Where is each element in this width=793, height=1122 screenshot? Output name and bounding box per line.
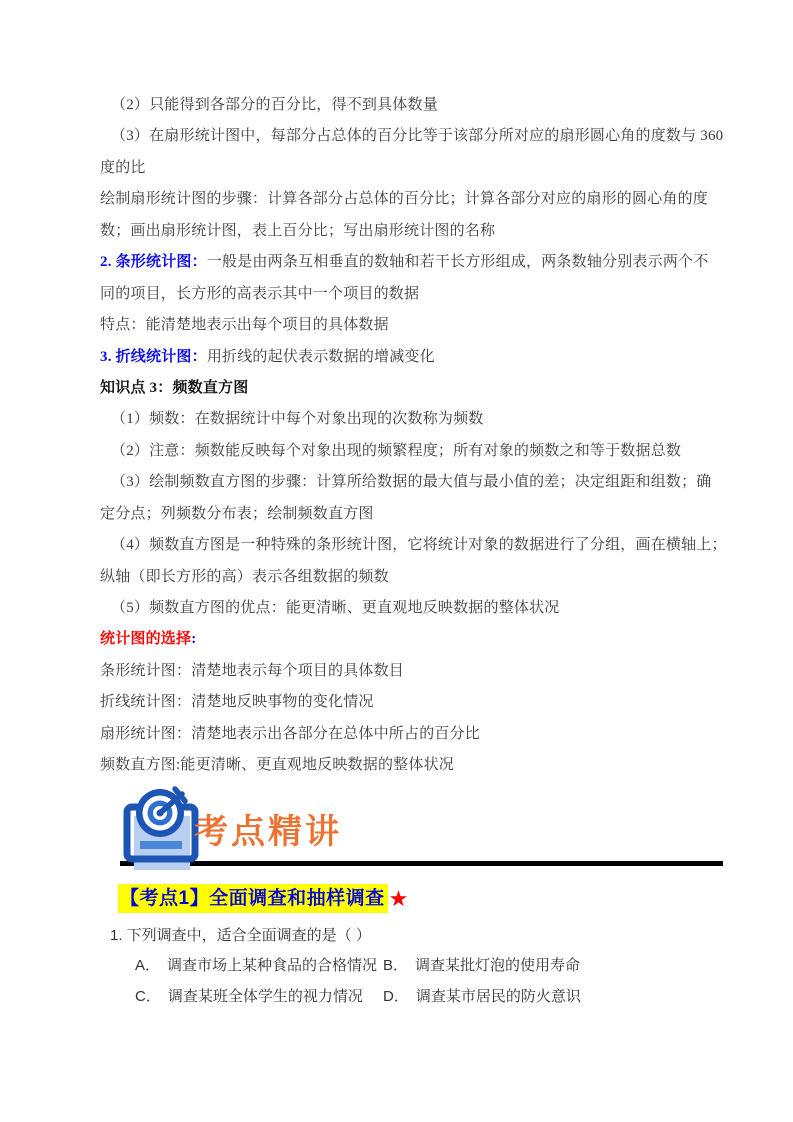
notes-segment: 数；画出扇形统计图，表上百分比；写出扇形统计图的名称 — [100, 223, 495, 239]
notes-segment: 定分点；列频数分布表；绘制频数直方图 — [100, 506, 374, 522]
notes-line: 统计图的选择: — [100, 624, 716, 655]
option-text: 调查某班全体学生的视力情况 — [168, 988, 363, 1005]
notes-segment: 条形统计图：清楚地表示每个项目的具体数目 — [100, 663, 404, 679]
document-page: （2）只能得到各部分的百分比，得不到具体数量（3）在扇形统计图中，每部分占总体的… — [0, 0, 793, 1122]
notes-line: （5）频数直方图的优点：能更清晰、更直观地反映数据的整体状况 — [100, 593, 716, 624]
option-text: 调查市场上某种食品的合格情况 — [167, 957, 377, 974]
section-header: 考点精讲 — [100, 786, 730, 881]
notes-segment: （1）频数：在数据统计中每个对象出现的次数称为频数 — [111, 411, 484, 427]
star-icon: ★ — [389, 887, 409, 912]
notes-segment: 扇形统计图：清楚地表示出各部分在总体中所占的百分比 — [100, 726, 480, 742]
notes-segment: 3. 折线统计图： — [100, 349, 207, 365]
notes-line: 2. 条形统计图：一般是由两条互相垂直的数轴和若干长方形组成，两条数轴分别表示两… — [100, 247, 716, 278]
notes-segment: 2. 条形统计图： — [100, 254, 207, 270]
notes-segment: （3）绘制频数直方图的步骤：计算所给数据的最大值与最小值的差；决定组距和组数；确 — [111, 474, 712, 490]
notes-segment: 一般是由两条互相垂直的数轴和若干长方形组成，两条数轴分别表示两个不 — [207, 254, 709, 270]
notes-segment: （3）在扇形统计图中，每部分占总体的百分比等于该部分所对应的扇形圆心角的度数与 … — [111, 128, 723, 144]
kaodian-heading: 【考点1】全面调查和抽样调查★ — [100, 884, 725, 914]
section-divider-line — [120, 861, 723, 866]
notes-line: 数；画出扇形统计图，表上百分比；写出扇形统计图的名称 — [100, 216, 716, 247]
notes-line: 特点：能清楚地表示出每个项目的具体数据 — [100, 310, 716, 341]
notes-line: （1）频数：在数据统计中每个对象出现的次数称为频数 — [100, 404, 716, 435]
notes-line: 条形统计图：清楚地表示每个项目的具体数目 — [100, 656, 716, 687]
notes-segment: 知识点 3：频数直方图 — [100, 380, 248, 396]
notes-line: 扇形统计图：清楚地表示出各部分在总体中所占的百分比 — [100, 719, 716, 750]
notes-segment: 折线统计图：清楚地反映事物的变化情况 — [100, 694, 374, 710]
notes-segment: 频数直方图:能更清晰、更直观地反映数据的整体状况 — [100, 757, 454, 773]
option-text: 调查某市居民的防火意识 — [416, 988, 581, 1005]
question-text: 1. 下列调查中，适合全面调查的是（ ） — [100, 926, 725, 946]
notes-segment: 统计图的选择 — [100, 631, 191, 647]
notes-line: （4）频数直方图是一种特殊的条形统计图，它将统计对象的数据进行了分组，画在横轴上… — [100, 530, 716, 561]
option-label: A． — [135, 957, 160, 974]
notes-segment: 特点：能清楚地表示出每个项目的具体数据 — [100, 317, 389, 333]
notes-line: 知识点 3：频数直方图 — [100, 373, 716, 404]
option-item: C．调查某班全体学生的视力情况 — [135, 987, 383, 1006]
option-label: B． — [383, 957, 408, 974]
options-grid: A．调查市场上某种食品的合格情况B．调查某批灯泡的使用寿命C．调查某班全体学生的… — [135, 956, 725, 1006]
notes-lines: （2）只能得到各部分的百分比，得不到具体数量（3）在扇形统计图中，每部分占总体的… — [100, 90, 716, 782]
notes-line: 3. 折线统计图：用折线的起伏表示数据的增减变化 — [100, 342, 716, 373]
notes-segment: : — [191, 631, 196, 647]
notes-segment: （2）注意：频数能反映每个对象出现的频繁程度；所有对象的频数之和等于数据总数 — [111, 443, 681, 459]
notes-line: 定分点；列频数分布表；绘制频数直方图 — [100, 499, 716, 530]
option-text: 调查某批灯泡的使用寿命 — [415, 957, 580, 974]
option-item: B．调查某批灯泡的使用寿命 — [383, 956, 725, 975]
option-label: C． — [135, 988, 161, 1005]
section-title: 考点精讲 — [194, 816, 342, 850]
option-label: D． — [383, 988, 409, 1005]
notes-segment: （4）频数直方图是一种特殊的条形统计图，它将统计对象的数据进行了分组，画在横轴上… — [111, 537, 727, 553]
notes-line: 度的比 — [100, 153, 716, 184]
notes-segment: 绘制扇形统计图的步骤：计算各部分占总体的百分比；计算各部分对应的扇形的圆心角的度 — [100, 191, 708, 207]
notes-line: （3）绘制频数直方图的步骤：计算所给数据的最大值与最小值的差；决定组距和组数；确 — [100, 467, 716, 498]
notes-segment: （2）只能得到各部分的百分比，得不到具体数量 — [111, 97, 438, 113]
option-item: A．调查市场上某种食品的合格情况 — [135, 956, 383, 975]
notes-segment: 用折线的起伏表示数据的增减变化 — [207, 349, 435, 365]
exam-section: 【考点1】全面调查和抽样调查★ 1. 下列调查中，适合全面调查的是（ ） A．调… — [100, 884, 725, 1006]
notes-line: 同的项目，长方形的高表示其中一个项目的数据 — [100, 279, 716, 310]
notes-segment: 纵轴（即长方形的高）表示各组数据的频数 — [100, 569, 389, 585]
notes-segment: （5）频数直方图的优点：能更清晰、更直观地反映数据的整体状况 — [111, 600, 560, 616]
notes-line: （3）在扇形统计图中，每部分占总体的百分比等于该部分所对应的扇形圆心角的度数与 … — [100, 121, 716, 152]
notes-line: （2）注意：频数能反映每个对象出现的频繁程度；所有对象的频数之和等于数据总数 — [100, 436, 716, 467]
notes-line: 频数直方图:能更清晰、更直观地反映数据的整体状况 — [100, 750, 716, 781]
dartboard-clipboard-icon — [118, 786, 206, 883]
notes-line: 折线统计图：清楚地反映事物的变化情况 — [100, 687, 716, 718]
notes-line: （2）只能得到各部分的百分比，得不到具体数量 — [100, 90, 716, 121]
kaodian-badge: 【考点1】全面调查和抽样调查 — [118, 884, 388, 913]
notes-line: 绘制扇形统计图的步骤：计算各部分占总体的百分比；计算各部分对应的扇形的圆心角的度 — [100, 184, 716, 215]
option-item: D．调查某市居民的防火意识 — [383, 987, 725, 1006]
notes-segment: 度的比 — [100, 160, 146, 176]
notes-line: 纵轴（即长方形的高）表示各组数据的频数 — [100, 562, 716, 593]
notes-segment: 同的项目，长方形的高表示其中一个项目的数据 — [100, 286, 419, 302]
